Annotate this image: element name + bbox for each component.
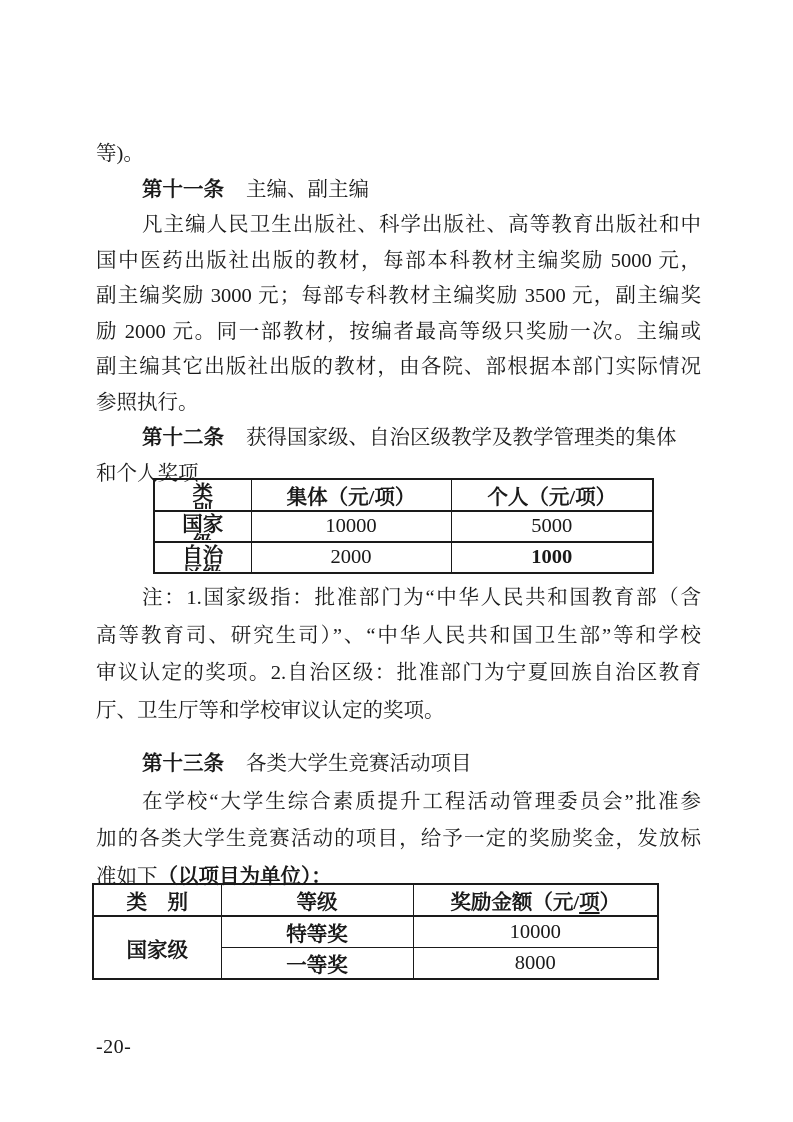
note-line: 注：1.国家级指：批准部门为“中华人民共和国教育部（含 <box>96 580 701 618</box>
page-content: 等)。 第十一条主编、副主编 凡主编人民卫生出版社、科学出版社、高等教育出版社和… <box>0 0 793 980</box>
row-label-cell: 国家 级 <box>154 511 251 542</box>
paragraph-line: 副主编其它出版社出版的教材，由各院、部根据本部门实际情况 <box>96 350 701 386</box>
grade-cell: 一等奖 <box>221 948 413 980</box>
individual-amount: 1000 <box>451 542 653 573</box>
paragraph-line: 凡主编人民卫生出版社、科学出版社、高等教育出版社和中 <box>96 208 701 244</box>
paragraph-line: 励 2000 元。同一部教材，按编者最高等级只奖励一次。主编或 <box>96 315 701 351</box>
article-11-heading: 第十一条主编、副主编 <box>96 173 701 209</box>
table-row: 自治 区级 2000 1000 <box>154 542 653 573</box>
paragraph-line: 国中医药出版社出版的教材，每部本科教材主编奖励 5000 元， <box>96 244 701 280</box>
grade-cell: 特等奖 <box>221 916 413 948</box>
header-category-clipped-text: 别 <box>155 507 251 509</box>
table-row: 国家级 特等奖 10000 <box>93 916 658 948</box>
article-13-heading: 第十三条各类大学生竞赛活动项目 <box>96 746 701 784</box>
clipped-cell: 国家 级 <box>155 513 251 540</box>
table-row: 国家 级 10000 5000 <box>154 511 653 542</box>
header-amount-suffix: ） <box>600 892 621 914</box>
header-cell-amount: 奖励金额（元/项） <box>413 884 658 916</box>
header-amount-prefix: 奖励金额（元/ <box>450 892 579 914</box>
row-label-clipped-text: 区级 <box>155 569 251 571</box>
note-line: 审议认定的奖项。2.自治区级：批准部门为宁夏回族自治区教育 <box>96 655 701 693</box>
collective-amount: 10000 <box>251 511 451 542</box>
intro-text: 等)。 <box>96 143 144 165</box>
teaching-awards-table: 类 别 集体（元/项） 个人（元/项） 国家 级 10000 5000 <box>153 478 654 574</box>
note-line: 厅、卫生厅等和学校审议认定的奖项。 <box>96 693 701 731</box>
category-cell: 国家级 <box>93 916 221 979</box>
paragraph-line: 副主编奖励 3000 元；每部专科教材主编奖励 3500 元，副主编奖 <box>96 279 701 315</box>
paragraph-line: 加的各类大学生竞赛活动的项目，给予一定的奖励奖金，发放标 <box>96 821 701 859</box>
page-number: -20- <box>96 1036 131 1059</box>
article-11-title: 主编、副主编 <box>246 179 369 201</box>
article-12-number: 第十二条 <box>142 427 224 449</box>
intro-line: 等)。 <box>96 137 701 173</box>
note-paragraph: 注：1.国家级指：批准部门为“中华人民共和国教育部（含 高等教育司、研究生司）”… <box>96 580 701 730</box>
table-header-row: 类 别 等级 奖励金额（元/项） <box>93 884 658 916</box>
article-12-heading: 第十二条获得国家级、自治区级教学及教学管理类的集体 <box>96 421 701 457</box>
article-11-number: 第十一条 <box>142 179 224 201</box>
row-label-cell: 自治 区级 <box>154 542 251 573</box>
amount-cell: 10000 <box>413 916 658 948</box>
individual-amount: 5000 <box>451 511 653 542</box>
article-13-number: 第十三条 <box>142 753 224 775</box>
competition-awards-table: 类 别 等级 奖励金额（元/项） 国家级 特等奖 10000 一等奖 8000 <box>92 883 659 980</box>
section-competitions: 第十三条各类大学生竞赛活动项目 在学校“大学生综合素质提升工程活动管理委员会”批… <box>96 746 701 896</box>
note-line: 高等教育司、研究生司）”、“中华人民共和国卫生部”等和学校 <box>96 618 701 656</box>
paragraph-line: 在学校“大学生综合素质提升工程活动管理委员会”批准参 <box>96 784 701 822</box>
row-label-clipped-text: 级 <box>155 538 251 540</box>
header-cell-individual: 个人（元/项） <box>451 479 653 511</box>
collective-amount: 2000 <box>251 542 451 573</box>
header-cell-collective: 集体（元/项） <box>251 479 451 511</box>
table-header-row: 类 别 集体（元/项） 个人（元/项） <box>154 479 653 511</box>
amount-cell: 8000 <box>413 948 658 980</box>
article-12-title: 获得国家级、自治区级教学及教学管理类的集体 <box>246 427 677 449</box>
document-page: 等)。 第十一条主编、副主编 凡主编人民卫生出版社、科学出版社、高等教育出版社和… <box>0 0 793 1122</box>
header-amount-underlined: 项 <box>579 892 600 914</box>
section-editors: 等)。 第十一条主编、副主编 凡主编人民卫生出版社、科学出版社、高等教育出版社和… <box>96 137 701 492</box>
paragraph-line: 参照执行。 <box>96 386 701 422</box>
clipped-cell: 自治 区级 <box>155 544 251 571</box>
article-13-title: 各类大学生竞赛活动项目 <box>246 753 472 775</box>
